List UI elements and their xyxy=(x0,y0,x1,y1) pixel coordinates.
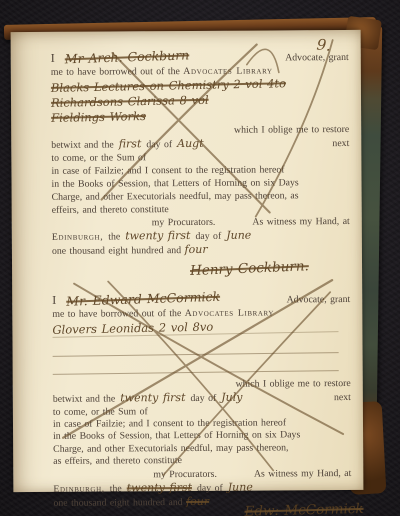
ledger-page: 9. I Mr Arch. Cockburn Advocate, grant m… xyxy=(11,30,364,492)
printed-edinburgh: Edinburgh, xyxy=(53,482,104,495)
printed-library-name: Advocates Library xyxy=(185,307,274,319)
return-month-handwritten: July xyxy=(221,391,242,404)
printed-day-of: day of xyxy=(146,138,172,151)
printed-lead: I xyxy=(52,294,57,307)
printed-day-of: day of xyxy=(195,230,221,243)
printed-borrowed-text: me to have borrowed out of the xyxy=(52,308,181,320)
signed-day-handwritten: twenty first xyxy=(127,481,192,494)
printed-witness: As witness my Hand, at xyxy=(252,215,349,229)
signature-cockburn: Henry Cockburn. xyxy=(190,260,309,278)
signed-month-handwritten: June xyxy=(226,229,251,242)
printed-advocate-grant: Advocate, grant xyxy=(287,293,351,306)
printed-edinburgh: Edinburgh, xyxy=(52,231,103,244)
printed-oblige-line: which I oblige me to restore xyxy=(53,377,351,392)
form1-year-line: one thousand eight hundred and four xyxy=(52,242,350,258)
form2-year-line: one thousand eight hundred and four Edw:… xyxy=(53,494,351,510)
printed-oblige-line: which I oblige me to restore xyxy=(51,123,349,138)
printed-next: next xyxy=(334,391,351,404)
year-handwritten: four xyxy=(186,494,209,507)
form2-header-line: I Mr. Edward McCormick Advocate, grant xyxy=(52,291,350,308)
form1-procurators-line: my Procurators. As witness my Hand, at xyxy=(152,215,350,229)
loan-form-cockburn: I Mr Arch. Cockburn Advocate, grant me t… xyxy=(51,49,350,278)
printed-year: one thousand eight hundred and xyxy=(52,245,181,257)
return-day-handwritten: first xyxy=(119,137,142,150)
form1-header-line: I Mr Arch. Cockburn Advocate, grant xyxy=(51,49,349,66)
signature-mccormick: Edw: McCormick xyxy=(244,503,363,516)
signed-day-handwritten: twenty first xyxy=(125,229,190,242)
printed-lead: I xyxy=(51,52,56,65)
printed-procurators: my Procurators. xyxy=(153,467,217,480)
printed-betwixt: betwixt and the xyxy=(51,138,113,151)
printed-borrowed-text: me to have borrowed out of the xyxy=(51,66,180,78)
signed-month-handwritten: June xyxy=(228,480,253,493)
printed-year: one thousand eight hundred and xyxy=(53,497,182,509)
printed-library-name: Advocates Library xyxy=(183,65,272,77)
loan-form-mccormick: I Mr. Edward McCormick Advocate, grant m… xyxy=(52,291,351,509)
return-month-handwritten: Augt xyxy=(177,137,204,150)
borrower-name-handwritten: Mr. Edward McCormick xyxy=(66,290,220,308)
printed-the: the xyxy=(110,482,122,495)
blank-ruled-line xyxy=(53,353,339,375)
printed-betwixt: betwixt and the xyxy=(53,392,115,405)
borrower-name-handwritten: Mr Arch. Cockburn xyxy=(65,48,190,65)
printed-advocate-grant: Advocate, grant xyxy=(285,51,349,64)
printed-procurators: my Procurators. xyxy=(152,216,216,229)
printed-witness: As witness my Hand, at xyxy=(254,467,351,481)
return-day-handwritten: twenty first xyxy=(120,391,185,404)
printed-next: next xyxy=(332,137,349,150)
printed-the: the xyxy=(108,230,120,243)
printed-day-of: day of xyxy=(197,481,223,494)
form2-procurators-line: my Procurators. As witness my Hand, at xyxy=(153,467,351,481)
year-handwritten: four xyxy=(184,243,207,256)
printed-day-of: day of xyxy=(190,392,216,405)
